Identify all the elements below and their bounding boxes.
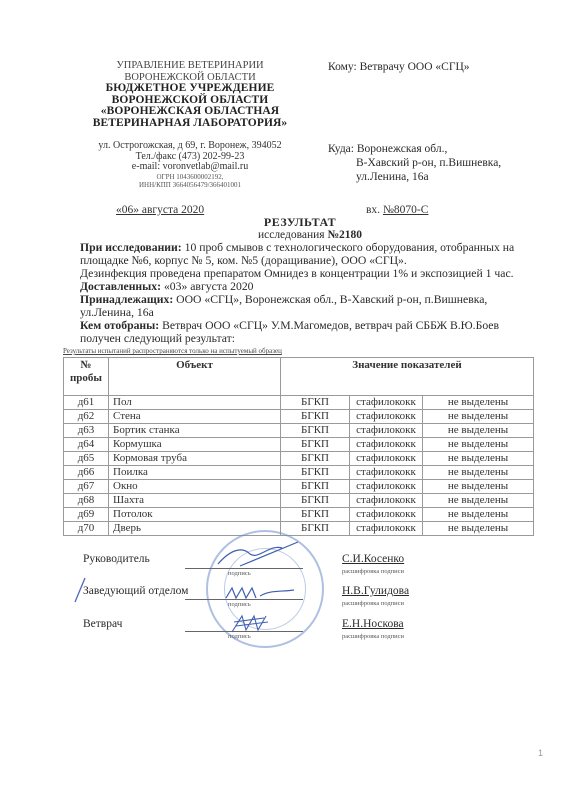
organization-contacts: ул. Острогожская, д 69, г. Воронеж, 3940…	[70, 141, 310, 189]
recipient-address-line: Куда: Воронежская обл.,	[328, 142, 501, 156]
org-inn: ИНН/КПП 3664056479/366401001	[70, 181, 310, 189]
sample-number-cell: д65	[64, 452, 109, 466]
object-cell: Кормовая труба	[109, 452, 281, 466]
org-address: ул. Острогожская, д 69, г. Воронеж, 3940…	[70, 141, 310, 152]
result-cell: не выделены	[423, 522, 534, 536]
header-num-line: №	[80, 359, 91, 371]
document-title: РЕЗУЛЬТАТ	[0, 215, 565, 230]
sample-number-cell: д68	[64, 494, 109, 508]
table-header-row: №пробы Объект Значение показателей	[64, 358, 534, 396]
name-caption: расшифровка подписи	[342, 600, 404, 607]
org-line: «ВОРОНЕЖСКАЯ ОБЛАСТНАЯ	[70, 106, 310, 118]
signature-caption: подпись	[228, 570, 251, 577]
sampled-label: Кем отобраны:	[80, 319, 159, 332]
org-email: e-mail: voronvetlab@mail.ru	[70, 162, 310, 173]
delivered-text: «03» августа 2020	[161, 280, 253, 293]
delivered-label: Доставленных:	[80, 280, 161, 293]
header-num-line: пробы	[70, 372, 102, 384]
sample-number-cell: д64	[64, 438, 109, 452]
sample-number-cell: д67	[64, 480, 109, 494]
organism-cell: стафилококк	[350, 396, 423, 410]
sample-number-cell: д61	[64, 396, 109, 410]
document-subtitle: исследования №2180	[0, 229, 565, 241]
signature-scribble-icon	[228, 612, 278, 636]
sample-number-cell: д66	[64, 466, 109, 480]
object-cell: Поилка	[109, 466, 281, 480]
result-intro: получен следующий результат:	[80, 332, 540, 345]
table-row: д62СтенаБГКПстафилококкне выделены	[64, 410, 534, 424]
org-line: ВЕТЕРИНАРНАЯ ЛАБОРАТОРИЯ»	[70, 118, 310, 130]
table-row: д64КормушкаБГКПстафилококкне выделены	[64, 438, 534, 452]
subtitle-prefix: исследования	[258, 229, 328, 241]
result-cell: не выделены	[423, 508, 534, 522]
indicator-cell: БГКП	[281, 410, 350, 424]
pen-mark-icon	[70, 575, 90, 605]
indicator-cell: БГКП	[281, 480, 350, 494]
name-caption: расшифровка подписи	[342, 568, 404, 575]
indicator-cell: БГКП	[281, 466, 350, 480]
signature-scribble-icon	[222, 582, 302, 604]
indicator-cell: БГКП	[281, 494, 350, 508]
header-values: Значение показателей	[281, 358, 534, 396]
result-cell: не выделены	[423, 466, 534, 480]
signer-name: С.И.Косенко	[342, 553, 404, 565]
object-cell: Потолок	[109, 508, 281, 522]
organism-cell: стафилококк	[350, 452, 423, 466]
table-body: д61ПолБГКПстафилококкне выделеныд62Стена…	[64, 396, 534, 536]
organization-header: УПРАВЛЕНИЕ ВЕТЕРИНАРИИ ВОРОНЕЖСКОЙ ОБЛАС…	[70, 60, 310, 129]
indicator-cell: БГКП	[281, 452, 350, 466]
document-body: При исследовании: 10 проб смывов с техно…	[80, 241, 540, 345]
organism-cell: стафилококк	[350, 508, 423, 522]
results-table: №пробы Объект Значение показателей д61По…	[63, 357, 534, 536]
research-number: №2180	[327, 229, 362, 241]
signer-name: Е.Н.Носкова	[342, 618, 404, 630]
recipient-address-line: ул.Ленина, 16а	[328, 170, 501, 184]
result-cell: не выделены	[423, 424, 534, 438]
header-sample-number: №пробы	[64, 358, 109, 396]
table-row: д65Кормовая трубаБГКПстафилококкне выдел…	[64, 452, 534, 466]
table-row: д63Бортик станкаБГКПстафилококкне выделе…	[64, 424, 534, 438]
object-cell: Шахта	[109, 494, 281, 508]
table-row: д70ДверьБГКПстафилококкне выделены	[64, 522, 534, 536]
organism-cell: стафилококк	[350, 410, 423, 424]
organism-cell: стафилококк	[350, 480, 423, 494]
org-ogrn: ОГРН 1043600002192,	[70, 173, 310, 181]
signature-role: Руководитель	[83, 553, 150, 565]
research-paragraph: При исследовании: 10 проб смывов с техно…	[80, 241, 540, 267]
delivered-paragraph: Доставленных: «03» августа 2020	[80, 280, 540, 293]
result-cell: не выделены	[423, 480, 534, 494]
object-cell: Пол	[109, 396, 281, 410]
result-cell: не выделены	[423, 494, 534, 508]
org-line: УПРАВЛЕНИЕ ВЕТЕРИНАРИИ	[70, 60, 310, 72]
organism-cell: стафилококк	[350, 494, 423, 508]
table-row: д67ОкноБГКПстафилококкне выделены	[64, 480, 534, 494]
indicator-cell: БГКП	[281, 396, 350, 410]
recipient-to: Кому: Ветврачу ООО «СГЦ»	[328, 61, 470, 73]
organism-cell: стафилококк	[350, 438, 423, 452]
result-cell: не выделены	[423, 396, 534, 410]
result-cell: не выделены	[423, 438, 534, 452]
sampled-paragraph: Кем отобраны: Ветврач ООО «СГЦ» У.М.Маго…	[80, 319, 540, 332]
owner-paragraph: Принадлежащих: ООО «СГЦ», Воронежская об…	[80, 293, 540, 319]
indicator-cell: БГКП	[281, 424, 350, 438]
sample-number-cell: д70	[64, 522, 109, 536]
page-number: 1	[538, 748, 543, 758]
organism-cell: стафилококк	[350, 522, 423, 536]
result-cell: не выделены	[423, 410, 534, 424]
indicator-cell: БГКП	[281, 508, 350, 522]
signature-role: Ветврач	[83, 618, 122, 630]
signer-name: Н.В.Гулидова	[342, 585, 409, 597]
signature-scribble-icon	[210, 540, 310, 570]
disinfection-paragraph: Дезинфекция проведена препаратом Омнидез…	[80, 267, 540, 280]
sample-number-cell: д62	[64, 410, 109, 424]
organism-cell: стафилококк	[350, 466, 423, 480]
owner-label: Принадлежащих:	[80, 293, 173, 306]
table-row: д66ПоилкаБГКПстафилококкне выделены	[64, 466, 534, 480]
object-cell: Бортик станка	[109, 424, 281, 438]
signature-role: Заведующий отделом	[83, 585, 188, 597]
organism-cell: стафилококк	[350, 424, 423, 438]
sample-number-cell: д69	[64, 508, 109, 522]
result-cell: не выделены	[423, 452, 534, 466]
research-label: При исследовании:	[80, 241, 182, 254]
recipient-address: Куда: Воронежская обл., В-Хавский р-он, …	[328, 142, 501, 184]
indicator-cell: БГКП	[281, 522, 350, 536]
object-cell: Окно	[109, 480, 281, 494]
indicator-cell: БГКП	[281, 438, 350, 452]
sample-number-cell: д63	[64, 424, 109, 438]
header-object: Объект	[109, 358, 281, 396]
name-caption: расшифровка подписи	[342, 633, 404, 640]
table-row: д69ПотолокБГКПстафилококкне выделены	[64, 508, 534, 522]
object-cell: Кормушка	[109, 438, 281, 452]
sampled-text: Ветврач ООО «СГЦ» У.М.Магомедов, ветврач…	[159, 319, 499, 332]
table-row: д68ШахтаБГКПстафилококкне выделены	[64, 494, 534, 508]
org-line: БЮДЖЕТНОЕ УЧРЕЖДЕНИЕ	[70, 83, 310, 95]
recipient-address-line: В-Хавский р-он, п.Вишневка,	[328, 156, 501, 170]
results-disclaimer: Результаты испытаний распространяются то…	[63, 347, 282, 355]
object-cell: Стена	[109, 410, 281, 424]
table-row: д61ПолБГКПстафилококкне выделены	[64, 396, 534, 410]
